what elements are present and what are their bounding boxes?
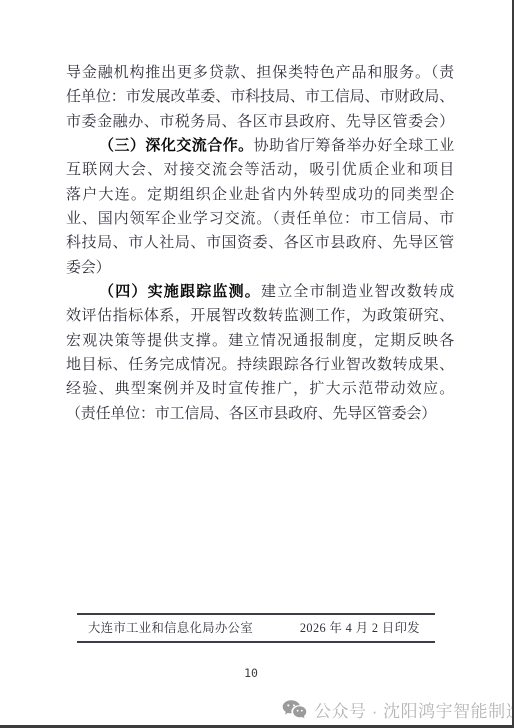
text-line: 效评估指标体系，开展智改数转监测工作，为政策研究、 xyxy=(66,304,454,328)
text-line: 地目标、任务完成情况。持续跟踪各行业智改数转成果、 xyxy=(66,353,454,377)
text-line: 科技局、市人社局、市国资委、各区市县政府、先导区管 xyxy=(66,231,454,255)
text-line: （三）深化交流合作。协助省厅筹备举办好全球工业 xyxy=(66,134,454,158)
footer-bottom-rule xyxy=(77,641,435,643)
text-line: 委会） xyxy=(66,256,454,280)
page-footer: 大连市工业和信息化局办公室 2026 年 4 月 2 日印发 xyxy=(88,618,420,636)
footer-issuer: 大连市工业和信息化局办公室 xyxy=(88,618,253,636)
watermark-text: 公众号 · 沈阳鸿宇智能制造 xyxy=(314,697,514,722)
watermark: 公众号 · 沈阳鸿宇智能制造 xyxy=(282,697,514,722)
text-line: 市委金融办、市税务局、各区市县政府、先导区管委会） xyxy=(66,110,454,134)
text-line: 宏观决策等提供支撑。建立情况通报制度，定期反映各 xyxy=(66,329,454,353)
section-heading: （三）深化交流合作。 xyxy=(99,138,254,154)
wechat-icon xyxy=(282,699,307,720)
text-line: 任单位：市发展改革委、市科技局、市工信局、市财政局、 xyxy=(66,85,454,109)
document-page: 导金融机构推出更多贷款、担保类特色产品和服务。（责任单位：市发展改革委、市科技局… xyxy=(0,0,514,728)
document-body: 导金融机构推出更多贷款、担保类特色产品和服务。（责任单位：市发展改革委、市科技局… xyxy=(66,61,454,426)
section-heading: （四）实施跟踪监测。 xyxy=(99,284,261,300)
text-line: 经验、典型案例并及时宣传推广，扩大示范带动效应。 xyxy=(66,377,454,401)
text-line: （四）实施跟踪监测。建立全市制造业智改数转成 xyxy=(66,280,454,304)
text-line: 互联网大会、对接交流会等活动，吸引优质企业和项目 xyxy=(66,158,454,182)
text-line: 导金融机构推出更多贷款、担保类特色产品和服务。（责 xyxy=(66,61,454,85)
text-line: （责任单位：市工信局、各区市县政府、先导区管委会） xyxy=(66,402,454,426)
text-line: 落户大连。定期组织企业赴省内外转型成功的同类型企 xyxy=(66,183,454,207)
page-number: 10 xyxy=(0,666,502,680)
footer-print-date: 2026 年 4 月 2 日印发 xyxy=(300,618,420,636)
footer-top-rule xyxy=(77,613,435,615)
text-line: 业、国内领军企业学习交流。（责任单位：市工信局、市 xyxy=(66,207,454,231)
